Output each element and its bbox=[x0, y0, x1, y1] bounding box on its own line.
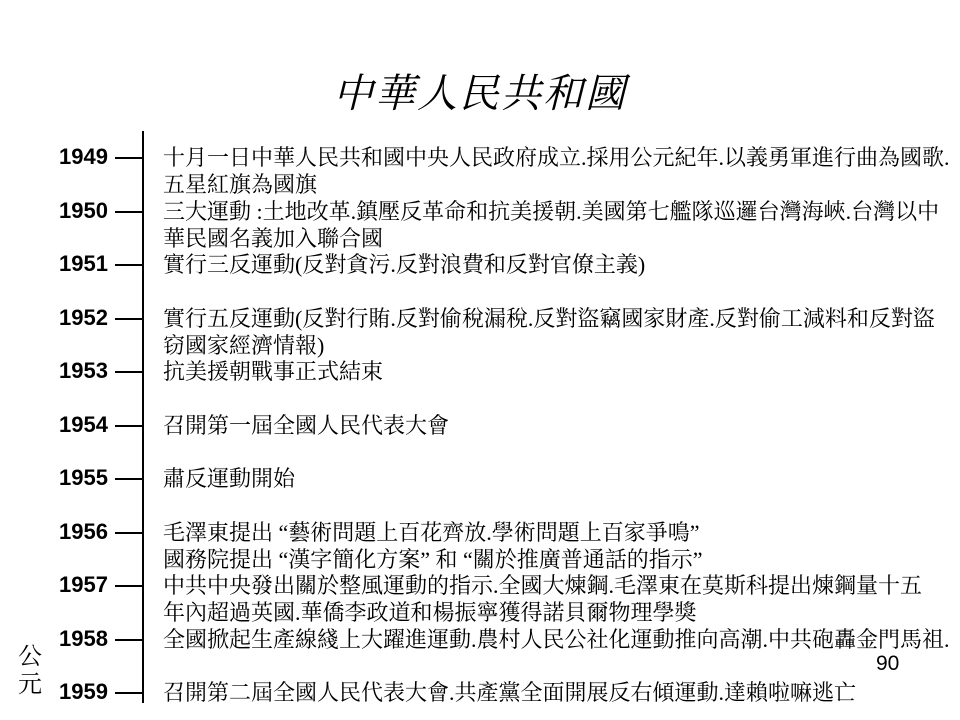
page-number: 90 bbox=[876, 652, 899, 676]
event-text: 實行五反運動(反對行賄.反對偷稅漏稅.反對盜竊國家財產.反對偷工減料和反對盜 窃… bbox=[163, 305, 955, 359]
year-label: 1950 bbox=[38, 200, 108, 222]
tick-mark bbox=[115, 532, 143, 534]
tick-mark bbox=[115, 425, 143, 427]
slide-title: 中華人民共和國 bbox=[0, 62, 960, 119]
tick-mark bbox=[115, 692, 143, 694]
tick-mark bbox=[115, 264, 143, 266]
event-text: 十月一日中華人民共和國中央人民政府成立.採用公元紀年.以義勇軍進行曲為國歌. 五… bbox=[163, 144, 955, 198]
year-label: 1953 bbox=[38, 360, 108, 382]
tick-mark bbox=[115, 639, 143, 641]
event-text: 召開第一屆全國人民代表大會 bbox=[163, 412, 955, 439]
event-text: 三大運動 :土地改革.鎮壓反革命和抗美援朝.美國第七艦隊巡邏台灣海峽.台灣以中 … bbox=[163, 198, 955, 252]
year-label: 1956 bbox=[38, 521, 108, 543]
year-label: 1957 bbox=[38, 574, 108, 596]
tick-mark bbox=[115, 157, 143, 159]
event-text: 中共中央發出關於整風運動的指示.全國大煉鋼.毛澤東在莫斯科提出煉鋼量十五 年內超… bbox=[163, 572, 955, 626]
event-text: 召開第二屆全國人民代表大會.共產黨全面開展反右傾運動.達賴啦嘛逃亡 bbox=[163, 679, 955, 706]
tick-mark bbox=[115, 478, 143, 480]
year-label: 1952 bbox=[38, 307, 108, 329]
year-label: 1955 bbox=[38, 467, 108, 489]
tick-mark bbox=[115, 318, 143, 320]
event-text: 全國掀起生產線綫上大躍進運動.農村人民公社化運動推向高潮.中共砲轟金門馬祖. bbox=[163, 626, 955, 653]
tick-mark bbox=[115, 585, 143, 587]
slide: 中華人民共和國 1949十月一日中華人民共和國中央人民政府成立.採用公元紀年.以… bbox=[0, 0, 960, 720]
event-text: 肅反運動開始 bbox=[163, 465, 955, 492]
year-label: 1958 bbox=[38, 628, 108, 650]
event-text: 抗美援朝戰事正式結束 bbox=[163, 358, 955, 385]
tick-mark bbox=[115, 211, 143, 213]
tick-mark bbox=[115, 371, 143, 373]
year-label: 1949 bbox=[38, 146, 108, 168]
year-label: 1954 bbox=[38, 414, 108, 436]
year-label: 1951 bbox=[38, 253, 108, 275]
timeline-axis-line bbox=[142, 131, 144, 703]
event-text: 毛澤東提出 “藝術問題上百花齊放.學術問題上百家爭鳴” 國務院提出 “漢字簡化方… bbox=[163, 519, 955, 573]
event-text: 實行三反運動(反對貪污.反對浪費和反對官僚主義) bbox=[163, 251, 955, 278]
era-label: 公元 bbox=[16, 643, 44, 699]
year-label: 1959 bbox=[38, 681, 108, 703]
